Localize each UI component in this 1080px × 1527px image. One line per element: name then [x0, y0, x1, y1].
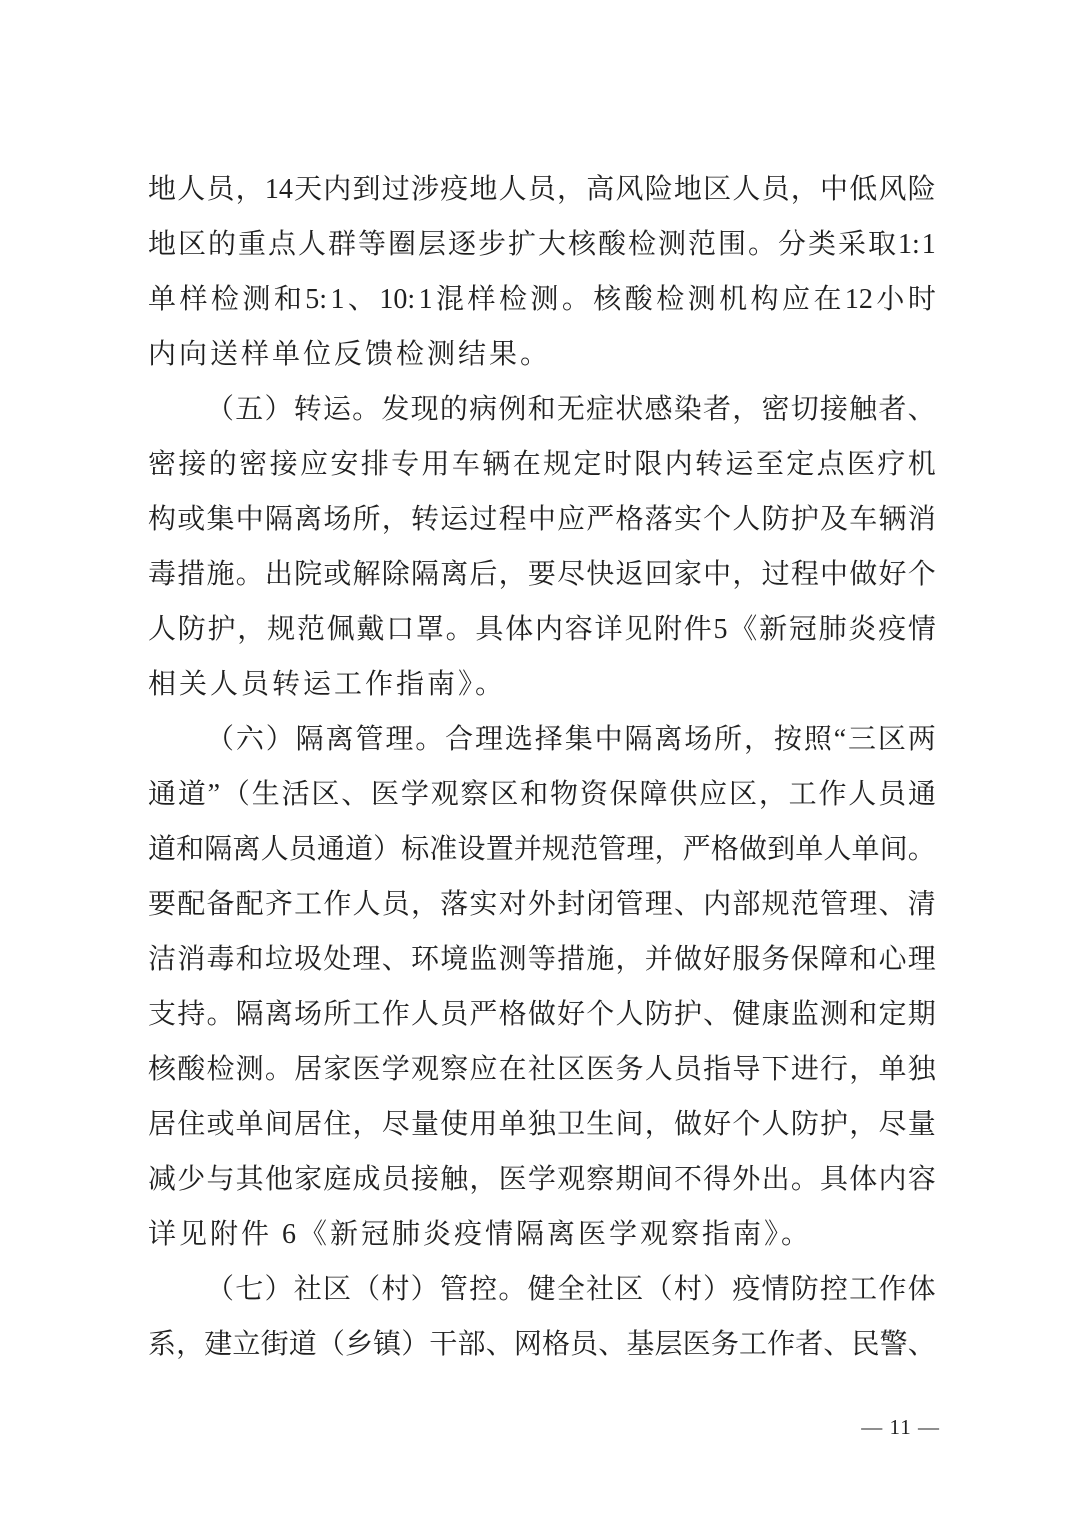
text-line: 支持。隔离场所工作人员严格做好个人防护、健康监测和定期	[148, 987, 936, 1042]
text-line: （六）隔离管理。合理选择集中隔离场所，按照“三区两	[148, 712, 936, 767]
text-line: 地区的重点人群等圈层逐步扩大核酸检测范围。分类采取1:1	[148, 217, 936, 272]
text-line: 人防护，规范佩戴口罩。具体内容详见附件5《新冠肺炎疫情	[148, 602, 936, 657]
text-line: （五）转运。发现的病例和无症状感染者，密切接触者、	[148, 382, 936, 437]
text-line: 居住或单间居住，尽量使用单独卫生间，做好个人防护，尽量	[148, 1097, 936, 1152]
text-line: 核酸检测。居家医学观察应在社区医务人员指导下进行，单独	[148, 1042, 936, 1097]
text-line: 系，建立街道（乡镇）干部、网格员、基层医务工作者、民警、	[148, 1317, 936, 1372]
text-line: 详见附件 6《新冠肺炎疫情隔离医学观察指南》。	[148, 1207, 936, 1262]
text-line: 减少与其他家庭成员接触，医学观察期间不得外出。具体内容	[148, 1152, 936, 1207]
text-line: 道和隔离人员通道）标准设置并规范管理，严格做到单人单间。	[148, 822, 936, 877]
text-line: 毒措施。出院或解除隔离后，要尽快返回家中，过程中做好个	[148, 547, 936, 602]
text-line: 内向送样单位反馈检测结果。	[148, 327, 936, 382]
text-line: 地人员，14天内到过涉疫地人员，高风险地区人员，中低风险	[148, 162, 936, 217]
document-page: 地人员，14天内到过涉疫地人员，高风险地区人员，中低风险地区的重点人群等圈层逐步…	[0, 0, 1080, 1527]
text-line: 单样检测和5:1、10:1混样检测。核酸检测机构应在12小时	[148, 272, 936, 327]
body-text: 地人员，14天内到过涉疫地人员，高风险地区人员，中低风险地区的重点人群等圈层逐步…	[148, 162, 936, 1372]
text-line: 构或集中隔离场所，转运过程中应严格落实个人防护及车辆消	[148, 492, 936, 547]
text-line: （七）社区（村）管控。健全社区（村）疫情防控工作体	[148, 1262, 936, 1317]
text-line: 洁消毒和垃圾处理、环境监测等措施，并做好服务保障和心理	[148, 932, 936, 987]
page-number: — 11 —	[861, 1412, 940, 1442]
text-line: 通道”（生活区、医学观察区和物资保障供应区，工作人员通	[148, 767, 936, 822]
text-line: 要配备配齐工作人员，落实对外封闭管理、内部规范管理、清	[148, 877, 936, 932]
text-line: 密接的密接应安排专用车辆在规定时限内转运至定点医疗机	[148, 437, 936, 492]
text-line: 相关人员转运工作指南》。	[148, 657, 936, 712]
